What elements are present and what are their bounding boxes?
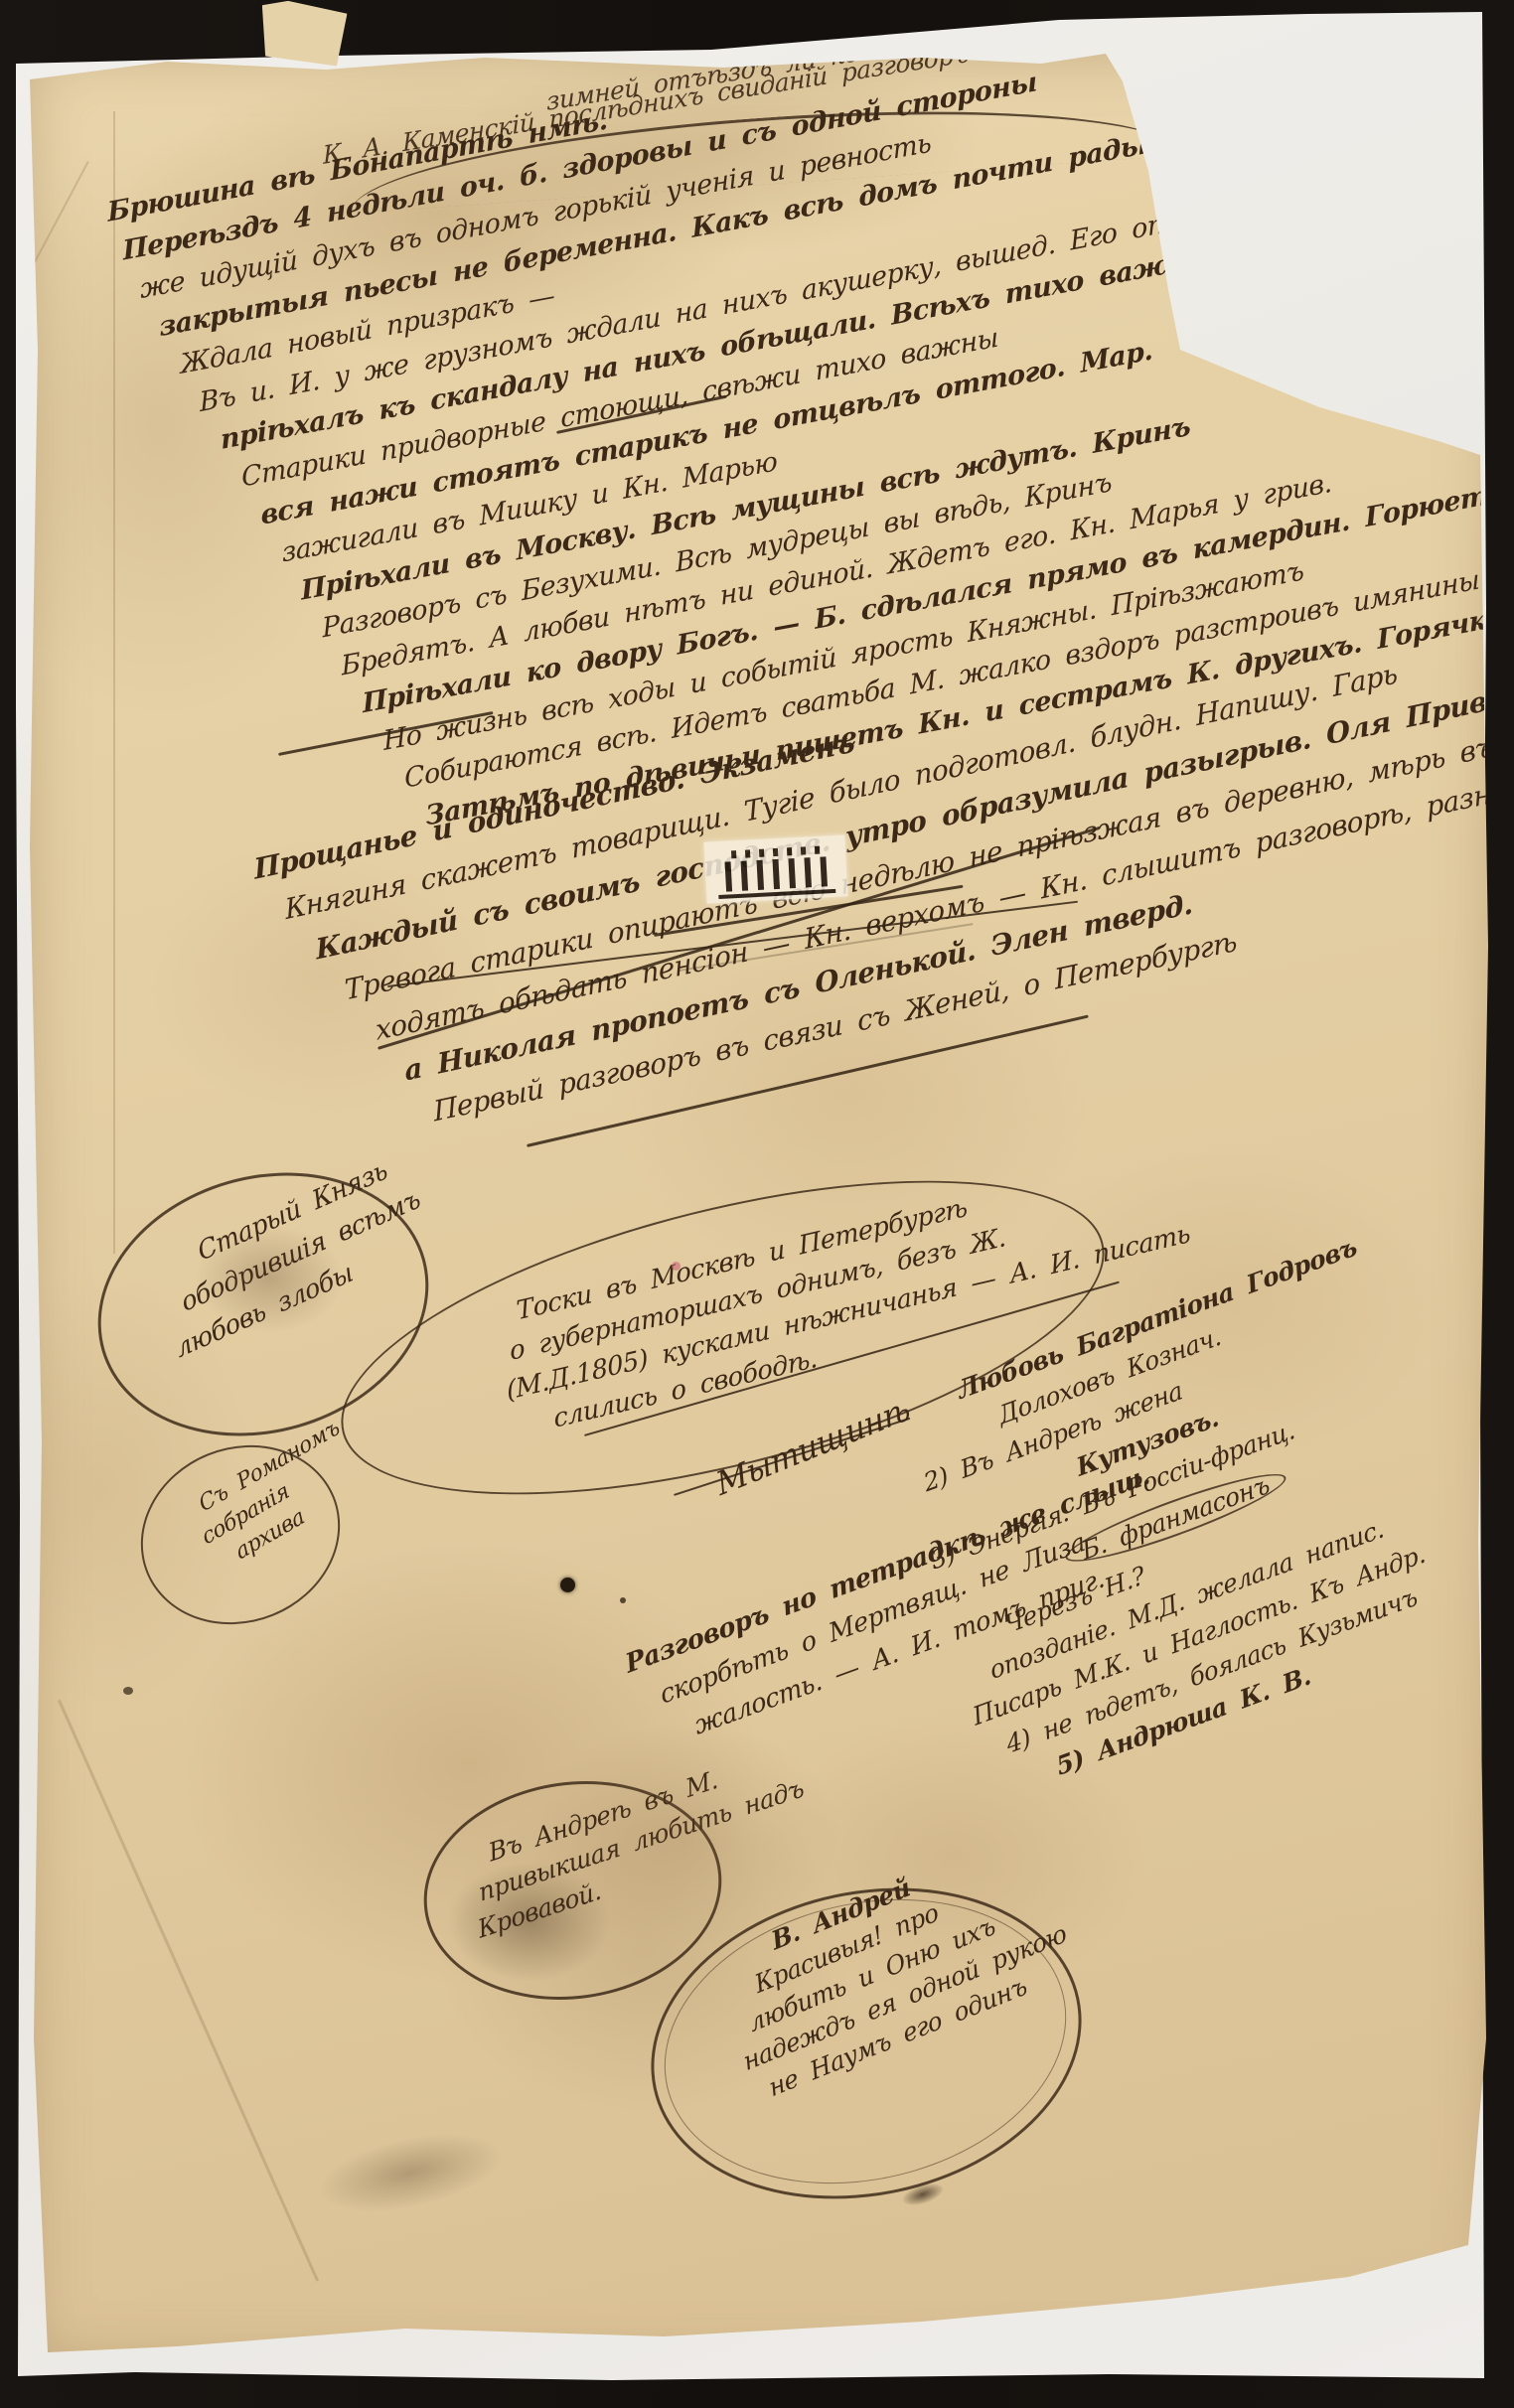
ink-smudge (311, 2119, 510, 2226)
fold-crease (0, 161, 89, 442)
ink-blot (560, 1578, 575, 1592)
library-colonnade-stamp (703, 834, 847, 903)
stamp-columns-icon (725, 856, 828, 891)
fold-crease (58, 1700, 319, 2282)
manuscript-paper: зимней отъѣздъ ли конецъ перепалки, К. А… (28, 52, 1496, 2366)
ink-smudge (195, 1224, 344, 1333)
ink-smudge (525, 1721, 842, 1949)
torn-paper-tab (258, 0, 348, 67)
manuscript-scan: зимней отъѣздъ ли конецъ перепалки, К. А… (0, 0, 1514, 2408)
ink-speck (123, 1687, 133, 1695)
ink-speck-pink (672, 1262, 681, 1271)
ink-speck (620, 1597, 626, 1603)
